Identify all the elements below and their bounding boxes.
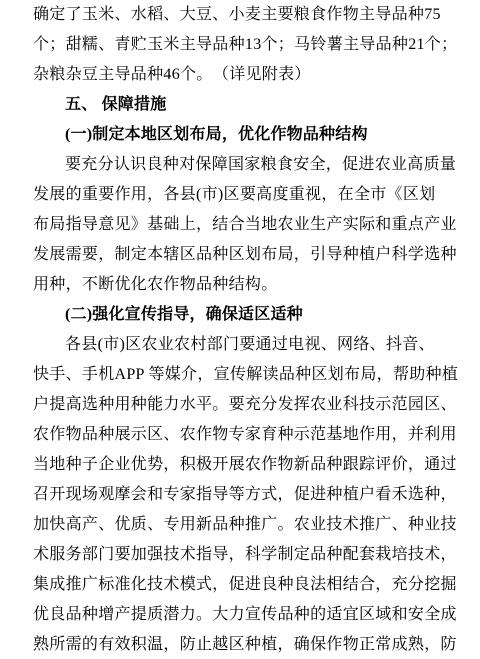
text-line: 户提高选种用种能力水平。要充分发挥农业科技示范园区、 <box>33 390 480 420</box>
text-line: 优良品种增产提质潜力。大力宣传品种的适宜区域和安全成 <box>33 600 480 630</box>
text-line: 个；甜糯、青贮玉米主导品种13个；马铃薯主导品种21个； <box>33 30 480 60</box>
heading-line: 五、 保障措施 <box>33 90 480 120</box>
text-line: 布局指导意见》基础上，结合当地农业生产实际和重点产业 <box>33 210 480 240</box>
document-page: 确定了玉米、水稻、大豆、小麦主要粮食作物主导品种75个；甜糯、青贮玉米主导品种1… <box>0 0 480 659</box>
text-line: 发展的重要作用，各县(市)区要高度重视，在全市《区划 <box>33 180 480 210</box>
text-line: 确定了玉米、水稻、大豆、小麦主要粮食作物主导品种75 <box>33 0 480 30</box>
document-text-body: 确定了玉米、水稻、大豆、小麦主要粮食作物主导品种75个；甜糯、青贮玉米主导品种1… <box>33 0 480 659</box>
text-line: 集成推广标准化技术模式，促进良种良法相结合，充分挖掘 <box>33 570 480 600</box>
heading-line: (一)制定本地区划布局，优化作物品种结构 <box>33 120 480 150</box>
text-line: 各县(市)区农业农村部门要通过电视、网络、抖音、 <box>33 330 480 360</box>
heading-line: (二)强化宣传指导，确保适区适种 <box>33 300 480 330</box>
text-line: 快手、手机APP 等媒介，宣传解读品种区划布局，帮助种植 <box>33 360 480 390</box>
text-line: 发展需要，制定本辖区品种区划布局，引导种植户科学选种 <box>33 240 480 270</box>
text-line: 农作物品种展示区、农作物专家育种示范基地作用，并利用 <box>33 420 480 450</box>
text-line: 熟所需的有效积温，防止越区种植，确保作物正常成熟，防 <box>33 630 480 659</box>
text-line: 术服务部门要加强技术指导，科学制定品种配套栽培技术， <box>33 540 480 570</box>
text-line: 加快高产、优质、专用新品种推广。农业技术推广、种业技 <box>33 510 480 540</box>
text-line: 杂粮杂豆主导品种46个。 （详见附表） <box>33 60 480 90</box>
text-line: 召开现场观摩会和专家指导等方式，促进种植户看禾选种， <box>33 480 480 510</box>
text-line: 要充分认识良种对保障国家粮食安全，促进农业高质量 <box>33 150 480 180</box>
text-line: 当地种子企业优势，积极开展农作物新品种跟踪评价，通过 <box>33 450 480 480</box>
text-line: 用种，不断优化农作物品种结构。 <box>33 270 480 300</box>
